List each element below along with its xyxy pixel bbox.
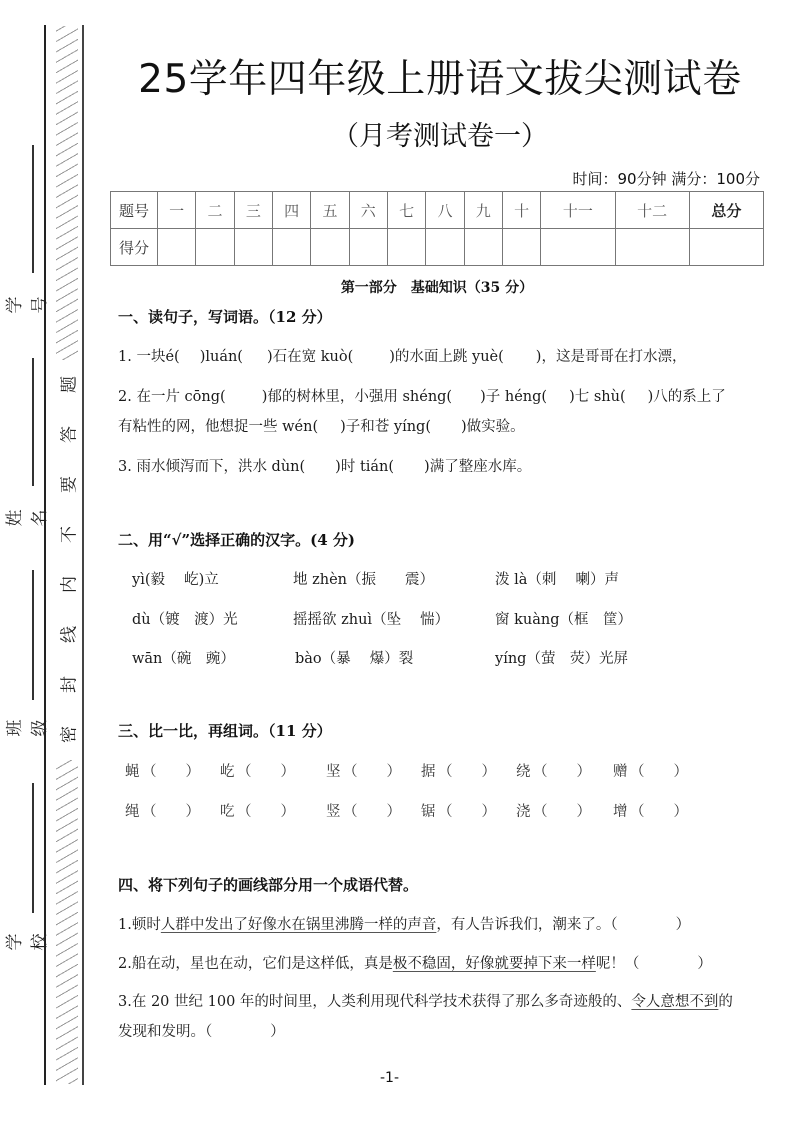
score-table-score-row: 得分 [111,229,764,266]
score-cell[interactable] [541,229,615,266]
col-header: 七 [387,192,425,229]
seal-char: 密 [55,724,80,746]
compare-char: 绕 [516,760,531,781]
col-header: 二 [196,192,234,229]
section-1-title: 一、读句子，写词语。（12 分） [118,306,332,327]
text: 1. 一块é( [118,349,180,365]
text-with-answer-paren[interactable]: 呢！（ ） [596,956,712,972]
score-table: 题号 一 二 三 四 五 六 七 八 九 十 十一 十二 总分 得分 [110,191,764,266]
answer-paren[interactable]: （ ） [343,800,401,821]
total-header: 总分 [689,192,763,229]
col-header: 十 [502,192,540,229]
question-1-2-cont: 有粘性的网，他想捉一些 wén()子和苍 yíng()做实验。 [118,415,525,436]
choice-item[interactable]: yíng（萤 荧）光屏 [495,647,628,668]
text: 1.顿时 [118,917,161,933]
part-title: 第一部分 基础知识（35 分） [110,277,764,297]
student-id-field[interactable] [32,145,34,273]
score-cell[interactable] [349,229,387,266]
compare-char: 吃 [220,800,235,821]
answer-paren[interactable]: （ ） [533,760,591,781]
seal-char: 题 [55,374,80,396]
text: )七 shù( [569,389,626,405]
underlined-phrase: 令人意想不到 [631,994,718,1010]
class-field[interactable] [32,570,34,700]
compare-char: 竖 [326,800,341,821]
col-header: 四 [272,192,310,229]
question-4-1: 1.顿时人群中发出了好像水在锅里沸腾一样的声音，有人告诉我们，潮来了。（ ） [118,913,690,934]
compare-char: 屹 [220,760,235,781]
underlined-phrase: 极不稳固，好像就要掉下来一样 [393,956,596,972]
choice-item[interactable]: bào（暴 爆）裂 [295,647,413,668]
text: )郁的树林里，小强用 shéng( [262,389,452,405]
seal-char: 不 [55,524,80,546]
page-subtitle: （月考测试卷一） [100,114,780,153]
answer-paren[interactable]: （ ） [237,760,295,781]
col-header: 六 [349,192,387,229]
score-cell[interactable] [502,229,540,266]
answer-paren[interactable]: （ ） [630,760,688,781]
score-cell[interactable] [311,229,349,266]
text: )子 héng( [480,389,547,405]
binding-inner-line [82,25,84,1085]
text: 3. 雨水倾泻而下，洪水 dùn( [118,459,305,475]
choice-item[interactable]: dù（镀 渡）光 [132,608,238,629]
score-cell[interactable] [234,229,272,266]
answer-paren[interactable]: （ ） [343,760,401,781]
compare-char: 据 [421,760,436,781]
compare-char: 锯 [421,800,436,821]
text: )子和苍 yíng( [340,419,431,435]
compare-char: 增 [613,800,628,821]
text: )的水面上跳 yuè( [389,349,504,365]
col-header: 九 [464,192,502,229]
choice-item[interactable]: yì(毅 屹)立 [132,568,219,589]
col-header: 三 [234,192,272,229]
school-label: 学校 [0,929,50,955]
name-field[interactable] [32,358,34,486]
score-cell[interactable] [158,229,196,266]
seal-char: 内 [55,574,80,596]
answer-paren[interactable]: （ ） [142,800,200,821]
text: )，这是哥哥在打水漂， [536,349,687,365]
section-3-title: 三、比一比，再组词。（11 分） [118,720,332,741]
text: 2.船在动，星也在动，它们是这样低，真是 [118,956,393,972]
answer-paren[interactable]: （ ） [438,760,496,781]
compare-char: 浇 [516,800,531,821]
exam-meta: 时间：90分钟 满分：100分 [573,168,761,189]
seal-char: 答 [55,424,80,446]
score-cell[interactable] [196,229,234,266]
underlined-phrase: 人群中发出了好像水在锅里沸腾一样的声音 [161,917,437,933]
text: )时 tián( [335,459,394,475]
school-field[interactable] [32,783,34,913]
score-cell[interactable] [464,229,502,266]
col-header: 五 [311,192,349,229]
text: )石在宽 kuò( [267,349,353,365]
text: )luán( [200,349,243,365]
choice-item[interactable]: 泼 là（刺 喇）声 [495,568,619,589]
class-label: 班级 [0,715,50,741]
seal-band [54,360,80,760]
text-with-answer-paren[interactable]: ，有人告诉我们，潮来了。（ ） [436,917,690,933]
col-header: 十二 [615,192,689,229]
text: 3.在 20 世纪 100 年的时间里，人类利用现代科学技术获得了那么多奇迹般的… [118,994,631,1010]
text: )满了整座水库。 [424,459,531,475]
question-4-3: 3.在 20 世纪 100 年的时间里，人类利用现代科学技术获得了那么多奇迹般的… [118,990,733,1011]
student-id-label: 学号 [0,292,50,318]
seal-char: 要 [55,474,80,496]
compare-char: 坚 [326,760,341,781]
score-cell[interactable] [387,229,425,266]
answer-paren[interactable]: （ ） [142,760,200,781]
name-label: 姓名 [0,505,50,531]
col-header: 一 [158,192,196,229]
text: 2. 在一片 cōng( [118,389,226,405]
text: )做实验。 [461,419,525,435]
compare-char: 绳 [125,800,140,821]
compare-char: 蝇 [125,760,140,781]
total-score-cell[interactable] [689,229,763,266]
text: 有粘性的网，他想捉一些 wén( [118,419,318,435]
choice-item[interactable]: wān（碗 豌） [132,647,235,668]
text: )八的系上了 [648,389,726,405]
score-cell[interactable] [615,229,689,266]
choice-item[interactable]: 摇摇欲 zhuì（坠 惴） [293,608,449,629]
page-title: 25学年四年级上册语文拔尖测试卷 [100,48,780,104]
answer-paren[interactable]: （ ） [438,800,496,821]
col-header: 十一 [541,192,615,229]
answer-paren[interactable]: （ ） [630,800,688,821]
score-table-header-row: 题号 一 二 三 四 五 六 七 八 九 十 十一 十二 总分 [111,192,764,229]
question-4-2: 2.船在动，星也在动，它们是这样低，真是极不稳固，好像就要掉下来一样呢！（ ） [118,952,712,973]
row-label: 题号 [111,192,158,229]
question-1-1: 1. 一块é()luán()石在宽 kuò()的水面上跳 yuè()，这是哥哥在… [118,345,686,366]
answer-paren[interactable]: （ ） [533,800,591,821]
question-1-3: 3. 雨水倾泻而下，洪水 dùn()时 tián()满了整座水库。 [118,455,531,476]
score-cell[interactable] [272,229,310,266]
choice-item[interactable]: 地 zhèn（振 震） [293,568,434,589]
question-1-2: 2. 在一片 cōng()郁的树林里，小强用 shéng()子 héng()七 … [118,385,726,406]
col-header: 八 [426,192,464,229]
section-4-title: 四、将下列句子的画线部分用一个成语代替。 [118,874,418,895]
question-4-3-cont[interactable]: 发现和发明。（ ） [118,1020,285,1041]
seal-char: 封 [55,674,80,696]
row-label: 得分 [111,229,158,266]
section-2-title: 二、用“√”选择正确的汉字。(4 分) [118,529,355,550]
binding-outer-line [44,25,46,1085]
score-cell[interactable] [426,229,464,266]
compare-char: 赠 [613,760,628,781]
choice-item[interactable]: 窗 kuàng（框 筐） [495,608,632,629]
page-number: -1- [380,1070,399,1086]
text: 的 [718,994,733,1010]
answer-paren[interactable]: （ ） [237,800,295,821]
seal-char: 线 [55,624,80,646]
